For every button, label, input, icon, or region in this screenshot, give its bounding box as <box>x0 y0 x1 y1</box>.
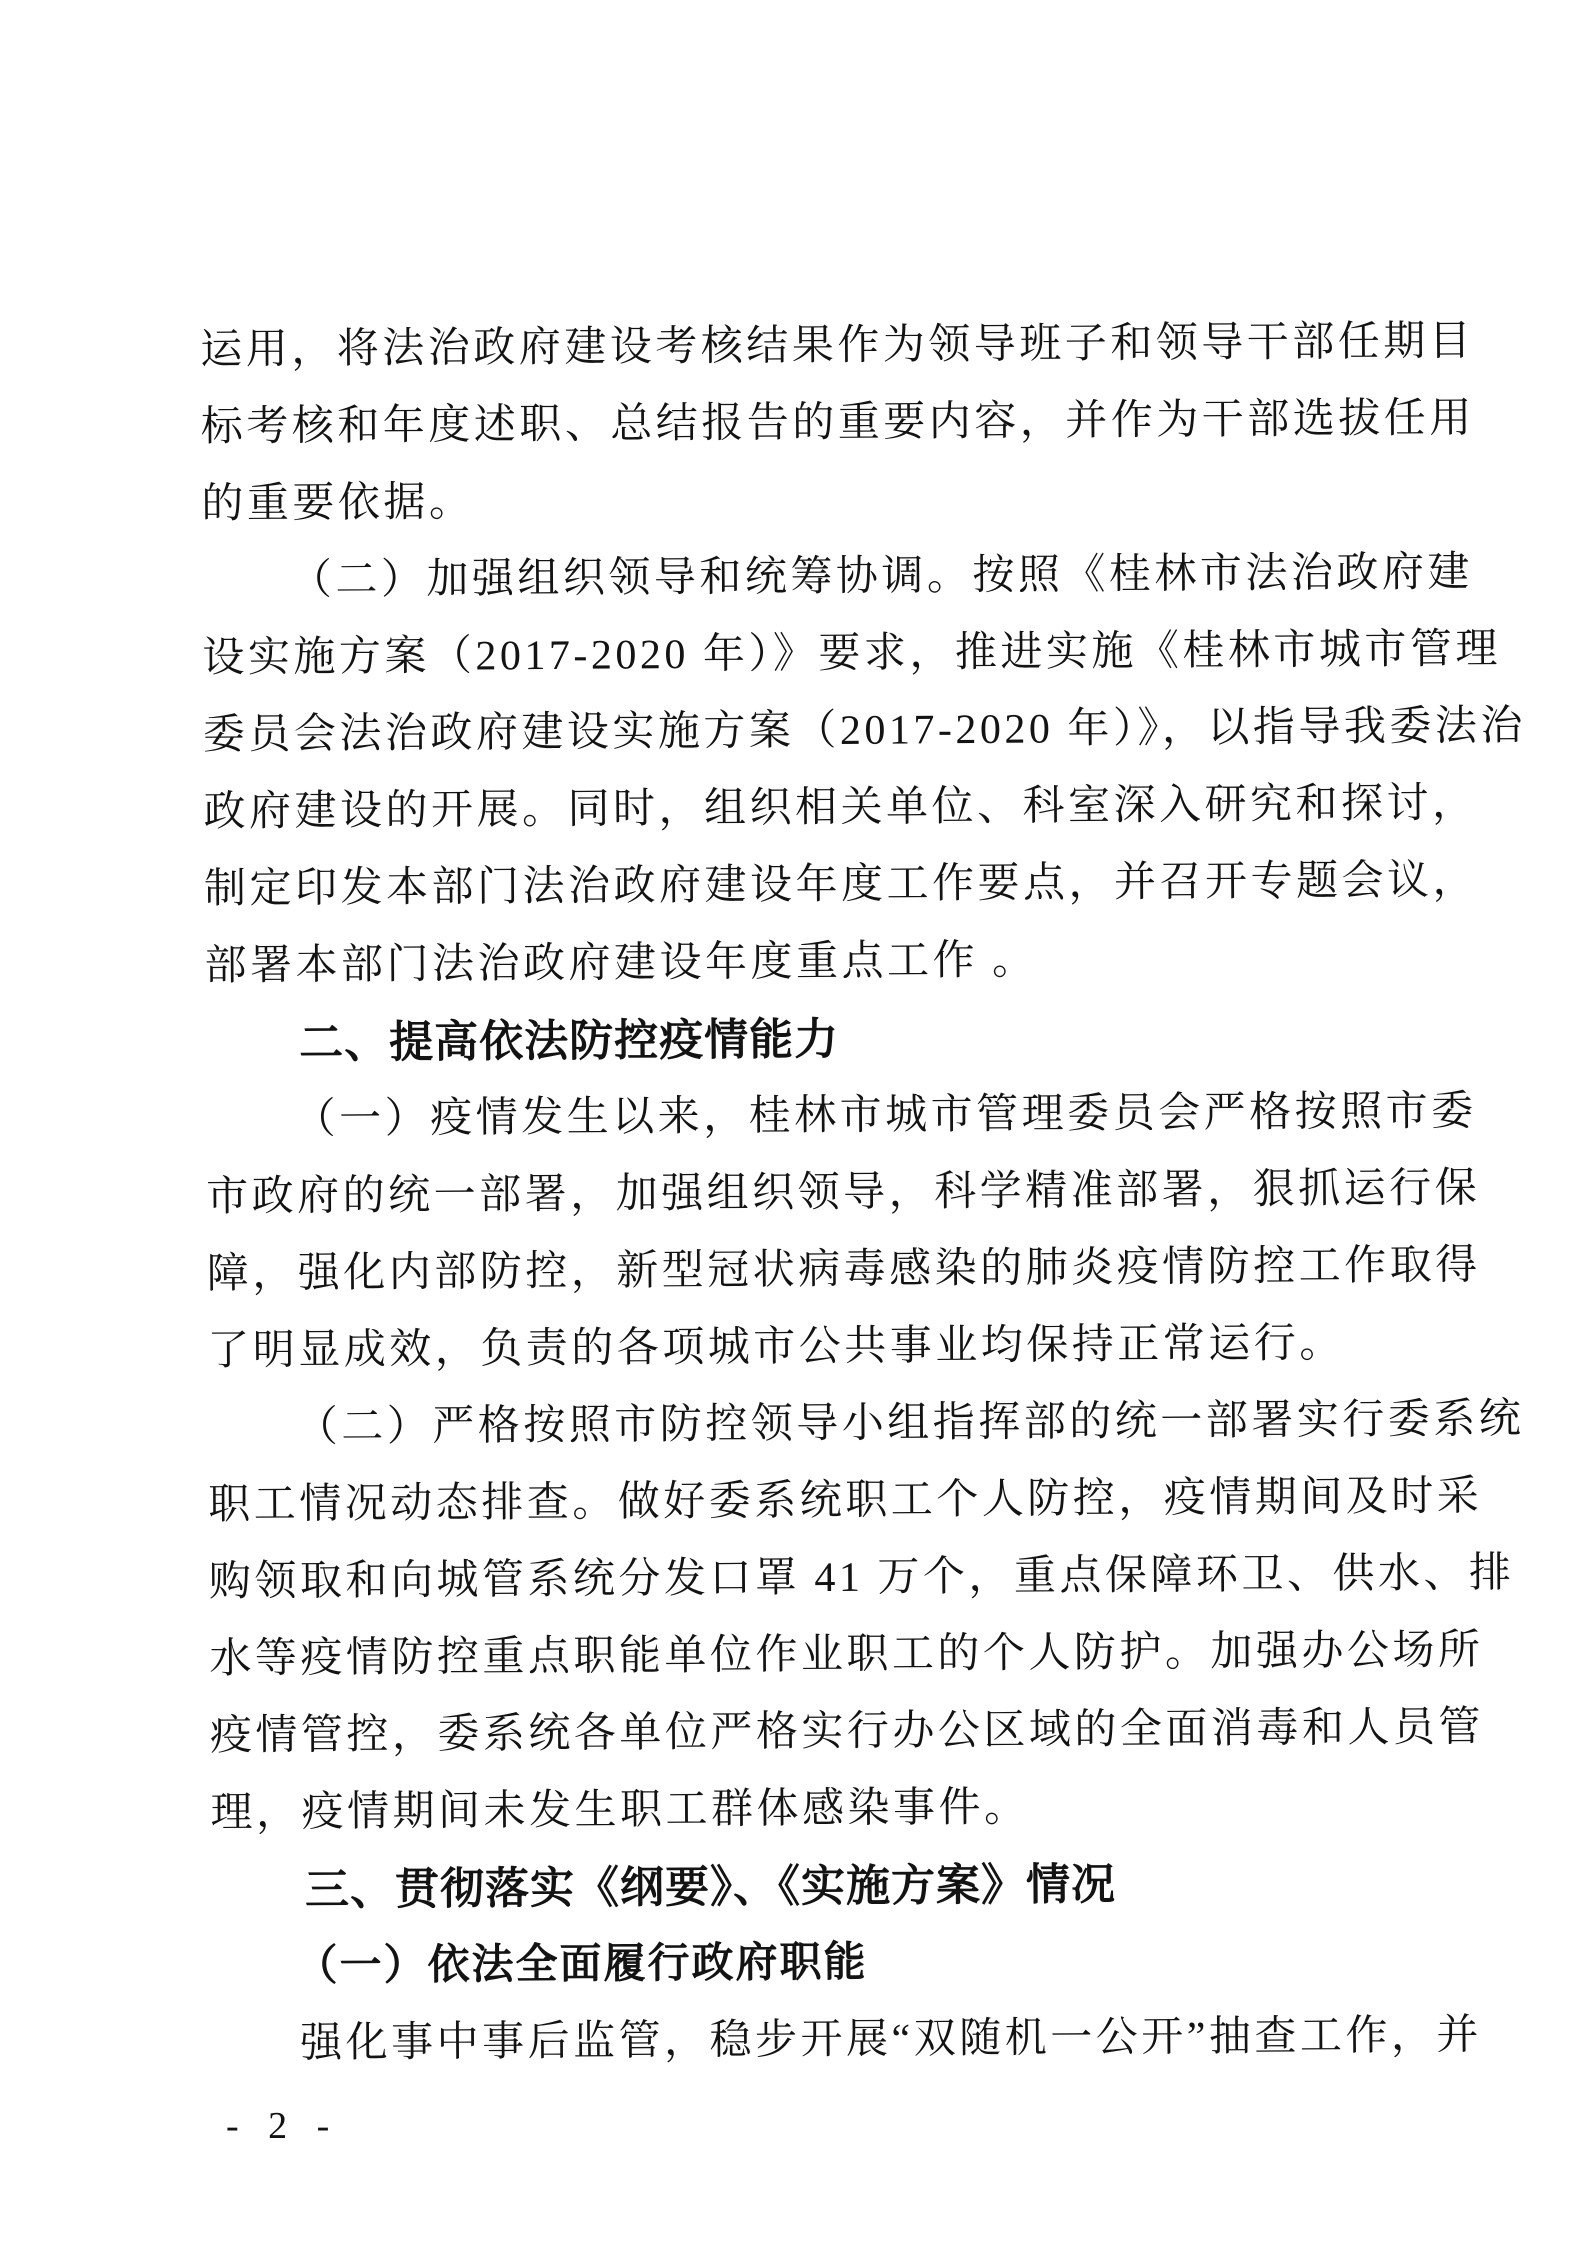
text-line: 运用，将法治政府建设考核结果作为领导班子和领导干部任期目 <box>200 304 1461 390</box>
paragraph-start-line: （二）加强组织领导和统筹协调。按照《桂林市法治政府建 <box>202 535 1463 621</box>
text-line: 委员会法治政府建设实施方案（2017-2020 年）》，以指导我委法治 <box>203 689 1464 775</box>
paragraph-start-line: （一）疫情发生以来，桂林市城市管理委员会严格按照市委 <box>205 1074 1466 1160</box>
text-line: 政府建设的开展。同时，组织相关单位、科室深入研究和探讨， <box>203 766 1464 852</box>
paragraph-start-line: （二）严格按照市防控领导小组指挥部的统一部署实行委系统 <box>208 1382 1469 1468</box>
text-line: 水等疫情防控重点职能单位作业职工的个人防护。加强办公场所 <box>209 1613 1470 1699</box>
text-line: 市政府的统一部署，加强组织领导，科学精准部署，狠抓运行保 <box>206 1151 1467 1237</box>
section-heading-3: 三、贯彻落实《纲要》、《实施方案》情况 <box>211 1844 1472 1930</box>
text-line: 部署本部门法治政府建设年度重点工作 。 <box>204 920 1465 1006</box>
text-line: 疫情管控，委系统各单位严格实行办公区域的全面消毒和人员管 <box>210 1690 1471 1776</box>
text-line: 障，强化内部防控，新型冠状病毒感染的肺炎疫情防控工作取得 <box>206 1228 1467 1314</box>
paragraph-start-line: 强化事中事后监管，稳步开展“双随机一公开”抽查工作，并 <box>212 1998 1473 2084</box>
text-line: 设实施方案（2017-2020 年）》要求，推进实施《桂林市城市管理 <box>202 612 1463 698</box>
page-number: - 2 - <box>226 2102 339 2150</box>
text-line: 标考核和年度述职、总结报告的重要内容，并作为干部选拔任用 <box>201 381 1462 467</box>
text-line: 理，疫情期间未发生职工群体感染事件。 <box>210 1767 1471 1853</box>
text-line: 职工情况动态排查。做好委系统职工个人防控，疫情期间及时采 <box>208 1459 1469 1545</box>
section-heading-2: 二、提高依法防控疫情能力 <box>205 997 1466 1083</box>
text-line: 制定印发本部门法治政府建设年度工作要点，并召开专题会议， <box>204 843 1465 929</box>
text-line: 的重要依据。 <box>201 458 1462 544</box>
document-content: 运用，将法治政府建设考核结果作为领导班子和领导干部任期目 标考核和年度述职、总结… <box>200 304 1472 2084</box>
document-page: 运用，将法治政府建设考核结果作为领导班子和领导干部任期目 标考核和年度述职、总结… <box>0 0 1587 2246</box>
subsection-heading: （一）依法全面履行政府职能 <box>211 1921 1472 2007</box>
text-line: 购领取和向城管系统分发口罩 41 万个，重点保障环卫、供水、排 <box>209 1536 1470 1622</box>
text-line: 了明显成效，负责的各项城市公共事业均保持正常运行。 <box>207 1305 1468 1391</box>
